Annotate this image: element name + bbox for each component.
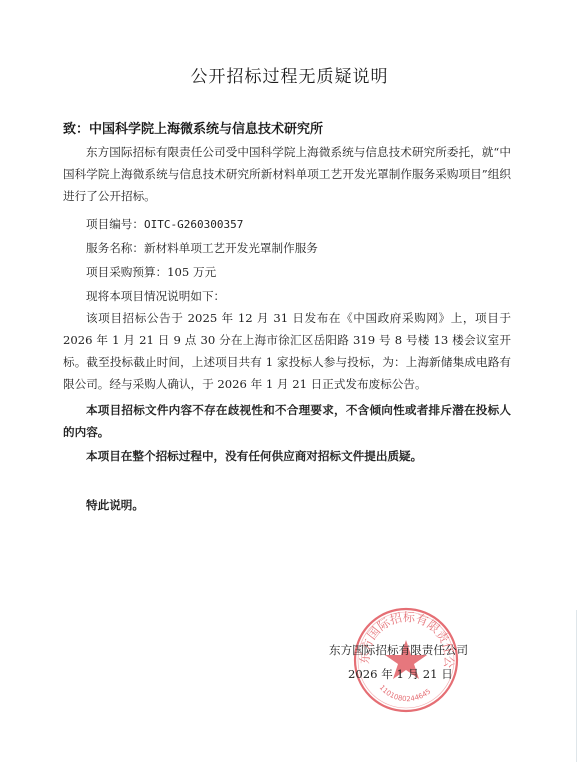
intro-paragraph: 东方国际招标有限责任公司受中国科学院上海微系统与信息技术研究所委托，就“中国科学… — [63, 141, 511, 207]
statement-no-discrimination: 本项目招标文件内容不存在歧视性和不合理要求，不含倾向性或者排斥潜在投标人的内容。 — [63, 399, 511, 443]
signature-date: 2026 年 1 月 21 日 — [348, 666, 453, 682]
project-number-value: OITC-G260300357 — [144, 218, 243, 231]
service-name-value: 新材料单项工艺开发光罩制作服务 — [144, 241, 318, 255]
addressee: 致：中国科学院上海微系统与信息技术研究所 — [63, 118, 323, 137]
svg-text:1101080244645: 1101080244645 — [378, 684, 433, 704]
service-name-label: 服务名称： — [86, 241, 144, 255]
page-edge-divider — [576, 610, 577, 762]
project-number-field: 项目编号：OITC-G260300357 — [86, 216, 243, 232]
budget-label: 项目采购预算： — [86, 265, 167, 279]
closing-text: 特此说明。 — [86, 497, 144, 513]
lead-in-text: 现将本项目情况说明如下： — [86, 288, 225, 304]
project-number-label: 项目编号： — [86, 217, 144, 231]
signature-company: 东方国际招标有限责任公司 — [329, 642, 468, 658]
budget-field: 项目采购预算：105 万元 — [86, 264, 216, 280]
statement-no-challenge: 本项目在整个招标过程中，没有任何供应商对招标文件提出质疑。 — [63, 445, 511, 467]
document-title: 公开招标过程无质疑说明 — [0, 62, 579, 87]
document-page: 公开招标过程无质疑说明 致：中国科学院上海微系统与信息技术研究所 东方国际招标有… — [0, 0, 579, 762]
service-name-field: 服务名称：新材料单项工艺开发光罩制作服务 — [86, 240, 318, 256]
body-paragraph: 该项目招标公告于 2025 年 12 月 31 日发布在《中国政府采购网》上，项… — [63, 307, 511, 395]
budget-value: 105 万元 — [167, 265, 216, 279]
company-seal-icon: 东方国际招标有限责任公司 1101080244645 — [352, 606, 460, 714]
